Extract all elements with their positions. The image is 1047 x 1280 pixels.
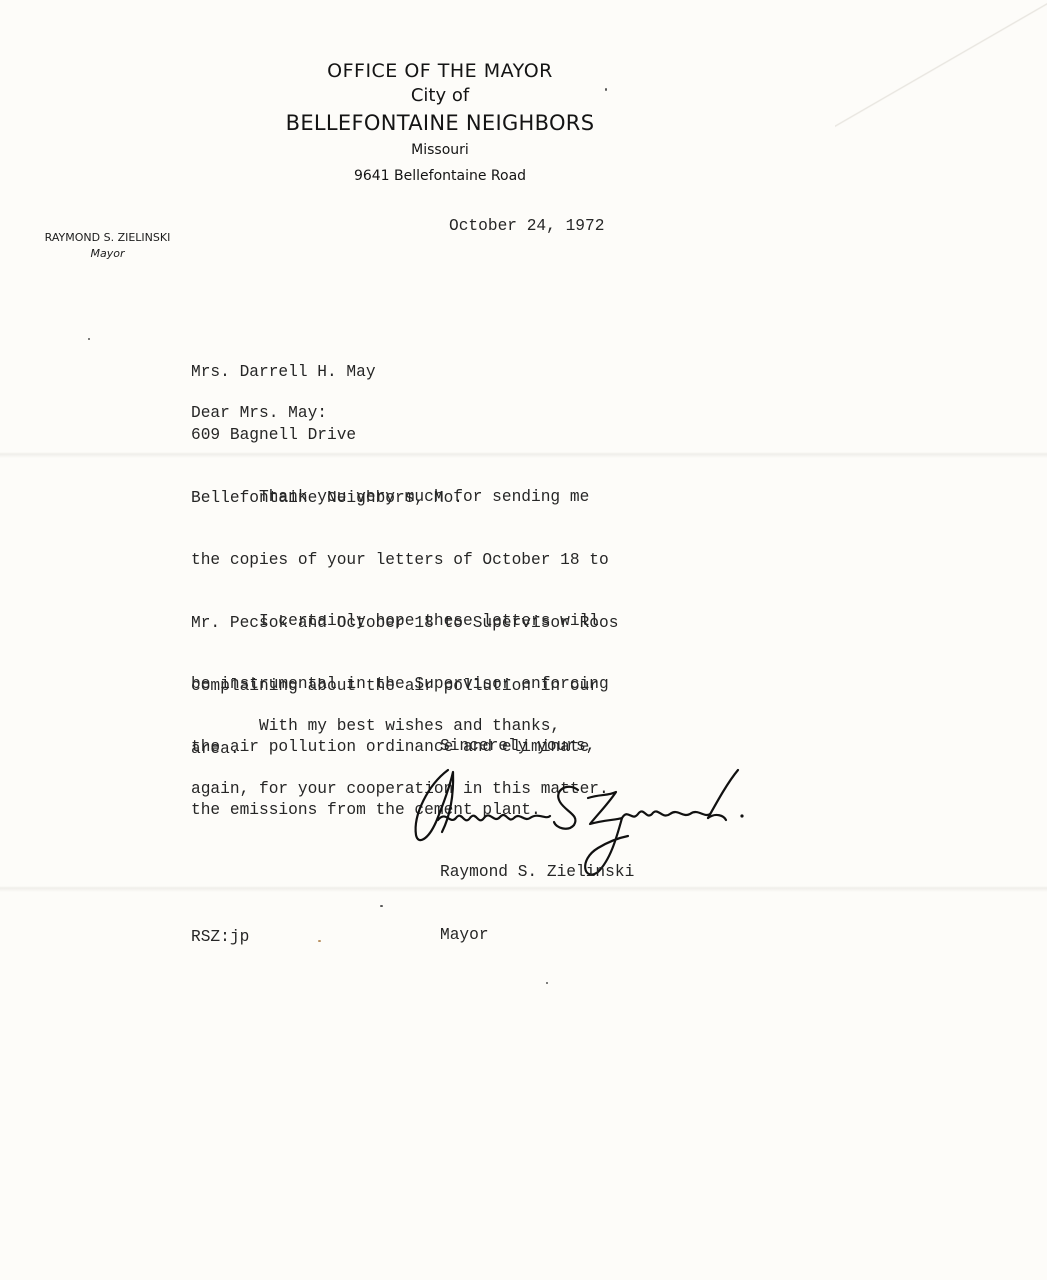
letterhead-address: 9641 Bellefontaine Road [270,164,610,188]
paper-speck [605,88,607,91]
body-line: Thank you very much for sending me [191,487,618,508]
signer-block: Raymond S. Zielinski Mayor [440,820,634,967]
letterhead-office: OFFICE OF THE MAYOR [270,58,610,84]
paper-speck [546,982,548,984]
paper-speck [88,338,90,340]
mayor-name: RAYMOND S. ZIELINSKI [20,230,195,246]
letterhead-city-of: City of [270,84,610,108]
body-line: I certainly hope these letters will [191,611,609,632]
signer-title: Mayor [440,925,634,946]
typist-initials: RSZ:jp [191,927,249,948]
signer-name: Raymond S. Zielinski [440,862,634,883]
mayor-title: Mayor [20,246,195,262]
letter-date: October 24, 1972 [449,216,604,237]
recipient-line: Mrs. Darrell H. May [191,362,463,383]
salutation: Dear Mrs. May: [191,403,327,424]
body-line: the copies of your letters of October 18… [191,550,618,571]
body-line: With my best wishes and thanks, [191,716,609,737]
recipient-line: 609 Bagnell Drive [191,425,463,446]
letterhead-state: Missouri [270,138,610,162]
mayor-name-block: RAYMOND S. ZIELINSKI Mayor [20,230,195,262]
paper-speck [380,905,383,907]
paper-fold-crease [835,0,1047,130]
closing: Sincerely yours, [440,736,595,757]
letterhead: OFFICE OF THE MAYOR City of BELLEFONTAIN… [270,58,610,188]
letterhead-city: BELLEFONTAINE NEIGHBORS [270,108,610,138]
paper-speck [318,940,321,942]
